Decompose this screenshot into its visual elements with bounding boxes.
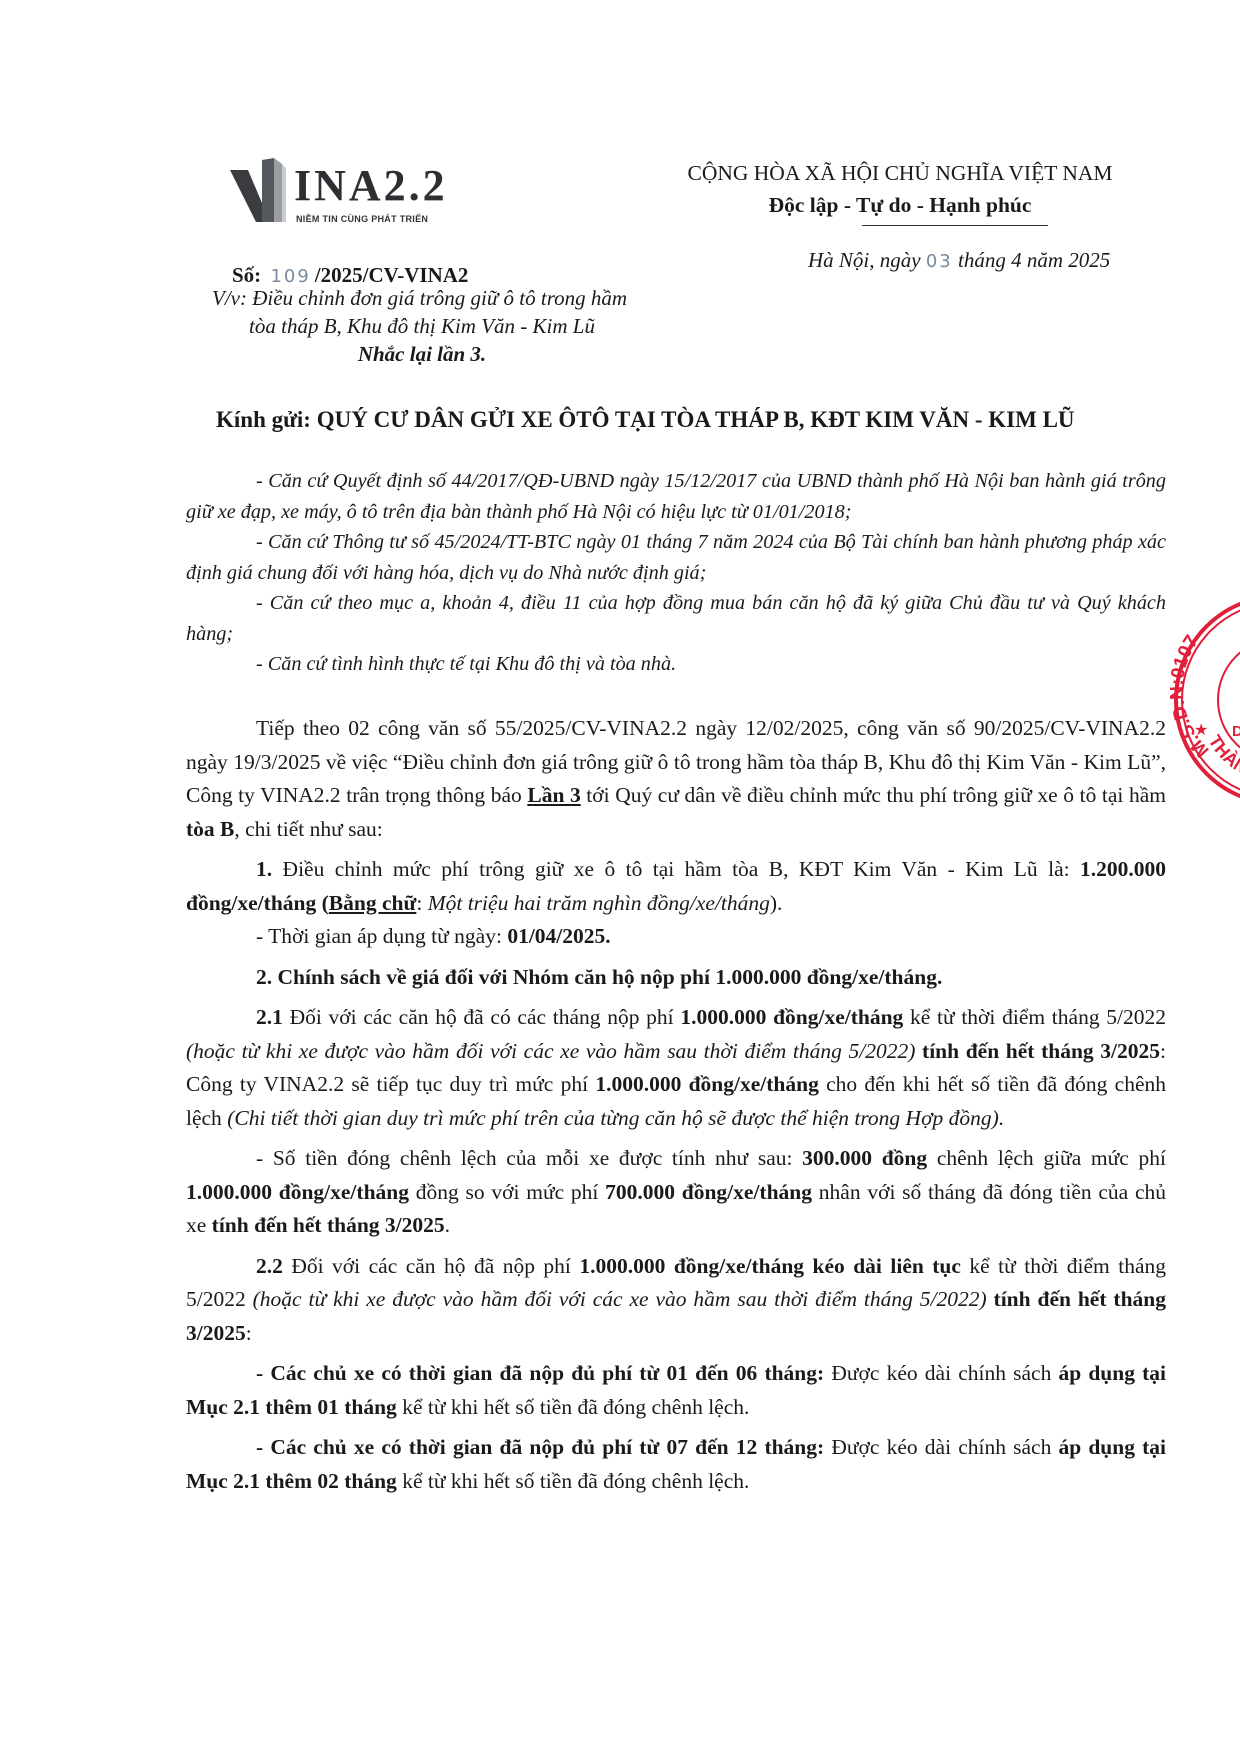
addressee: Kính gửi: QUÝ CƯ DÂN GỬI XE ÔTÔ TẠI TÒA …: [216, 404, 1075, 436]
difference-calculation: - Số tiền đóng chênh lệch của mỗi xe đượ…: [186, 1142, 1166, 1243]
stamp-inner-3: DỊCH: [1232, 723, 1240, 740]
document-subject: V/v: Điều chỉnh đơn giá trông giữ ô tô t…: [212, 284, 632, 368]
basis-item: - Căn cứ Quyết định số 44/2017/QĐ-UBND n…: [186, 466, 1166, 527]
section-2-2: 2.2 Đối với các căn hộ đã nộp phí 1.000.…: [186, 1250, 1166, 1351]
document-date: Hà Nội, ngày 03 tháng 4 năm 2025: [808, 245, 1110, 277]
logo-brand: INA2.2: [294, 162, 448, 210]
legal-bases: - Căn cứ Quyết định số 44/2017/QĐ-UBND n…: [186, 466, 1166, 680]
document-body: Tiếp theo 02 công văn số 55/2025/CV-VINA…: [186, 712, 1166, 1505]
section-2-heading: 2. Chính sách về giá đối với Nhóm căn hộ…: [186, 961, 1166, 995]
addressee-recipient: QUÝ CƯ DÂN GỬI XE ÔTÔ TẠI TÒA THÁP B, KĐ…: [317, 407, 1075, 432]
subject-prefix: V/v:: [212, 286, 247, 310]
svg-text:★: ★: [1194, 720, 1208, 739]
date-day-handwritten: 03: [926, 251, 953, 272]
reminder-note: Nhắc lại lần 3.: [212, 340, 632, 368]
section-2-1: 2.1 Đối với các căn hộ đã có các tháng n…: [186, 1001, 1166, 1135]
motto-underline: [862, 225, 1048, 226]
basis-item: - Căn cứ Thông tư số 45/2024/TT-BTC ngày…: [186, 527, 1166, 588]
date-prefix: Hà Nội, ngày: [808, 248, 921, 272]
section-1: 1. Điều chỉnh mức phí trông giữ xe ô tô …: [186, 853, 1166, 920]
basis-item: - Căn cứ tình hình thực tế tại Khu đô th…: [186, 649, 1166, 680]
logo-tagline: NIỀM TIN CÙNG PHÁT TRIỂN: [296, 214, 428, 224]
date-suffix: tháng 4 năm 2025: [958, 248, 1110, 272]
subject-line-2: tòa tháp B, Khu đô thị Kim Văn - Kim Lũ: [212, 312, 632, 340]
addressee-label: Kính gửi:: [216, 407, 311, 432]
company-stamp-icon: M.S.D.N:0107 THÀNH ★ C Đ DỊCH V: [1170, 590, 1240, 810]
section-1-apply-date: - Thời gian áp dụng từ ngày: 01/04/2025.: [186, 920, 1166, 954]
vina-logo-icon: [230, 158, 292, 222]
nation-title: CỘNG HÒA XÃ HỘI CHỦ NGHĨA VIỆT NAM: [620, 158, 1180, 188]
company-logo: INA2.2 NIỀM TIN CÙNG PHÁT TRIỂN: [230, 158, 460, 238]
motto: Độc lập - Tự do - Hạnh phúc: [620, 190, 1180, 220]
intro-paragraph: Tiếp theo 02 công văn số 55/2025/CV-VINA…: [186, 712, 1166, 846]
subject-line-1: Điều chỉnh đơn giá trông giữ ô tô trong …: [252, 286, 627, 310]
extension-bullet-2: - Các chủ xe có thời gian đã nộp đủ phí …: [186, 1431, 1166, 1498]
basis-item: - Căn cứ theo mục a, khoản 4, điều 11 củ…: [186, 588, 1166, 649]
extension-bullet-1: - Các chủ xe có thời gian đã nộp đủ phí …: [186, 1357, 1166, 1424]
